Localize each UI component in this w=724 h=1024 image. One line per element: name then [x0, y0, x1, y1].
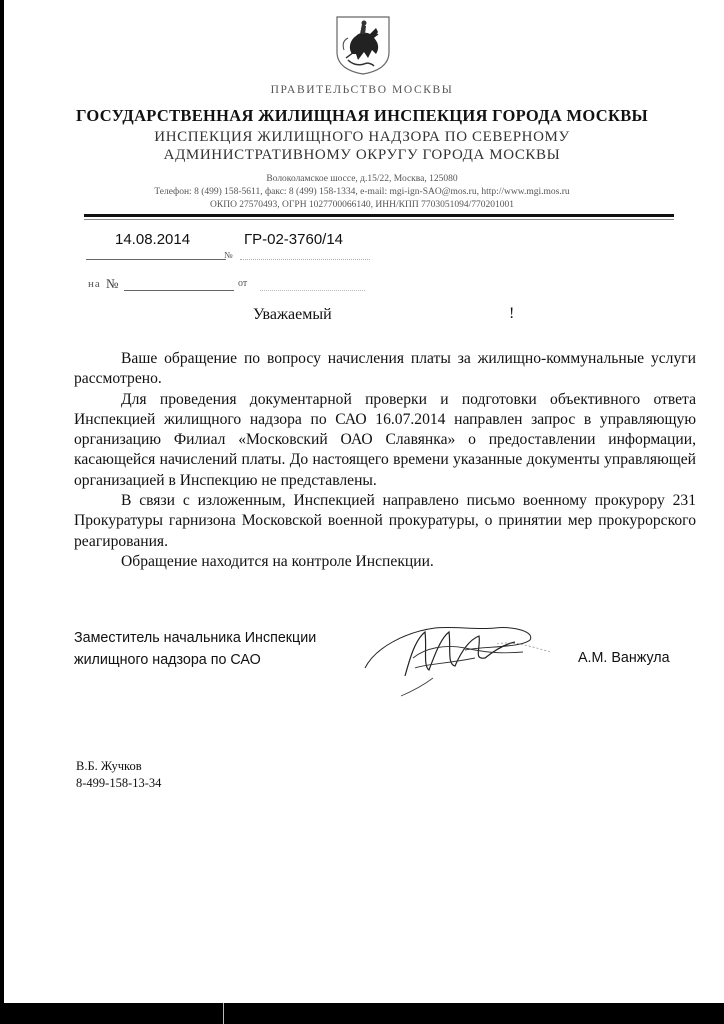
reference-prefix: на — [88, 278, 101, 290]
executor-info: В.Б. Жучков 8-499-158-13-34 — [76, 758, 161, 792]
signatory-title-line1: Заместитель начальника Инспекции — [74, 627, 316, 649]
letterhead-divider-thin — [84, 219, 674, 220]
moscow-coat-of-arms-icon — [334, 14, 392, 76]
letterhead-divider — [84, 214, 674, 217]
letter-body: Ваше обращение по вопросу начисления пла… — [74, 349, 696, 572]
salutation: Уважаемый — [253, 306, 332, 324]
body-paragraph: В связи с изложенным, Инспекцией направл… — [74, 491, 696, 552]
number-underline — [240, 259, 370, 260]
document-number: ГР-02-3760/14 — [244, 231, 343, 248]
reference-number-sign: № — [106, 276, 118, 292]
scan-bottom-edge — [0, 1003, 724, 1024]
body-paragraph: Для проведения документарной проверки и … — [74, 390, 696, 491]
executor-phone: 8-499-158-13-34 — [76, 775, 161, 792]
government-name: ПРАВИТЕЛЬСТВО МОСКВЫ — [0, 84, 724, 96]
organization-address: Волоколамское шоссе, д.15/22, Москва, 12… — [0, 174, 724, 184]
document-date: 14.08.2014 — [115, 231, 190, 248]
salutation-exclamation: ! — [509, 305, 514, 323]
body-paragraph: Обращение находится на контроле Инспекци… — [74, 552, 696, 572]
signatory-title: Заместитель начальника Инспекции жилищно… — [74, 627, 316, 671]
organization-contacts: Телефон: 8 (499) 158-5611, факс: 8 (499)… — [0, 187, 724, 197]
division-name-line2: АДМИНИСТРАТИВНОМУ ОКРУГУ ГОРОДА МОСКВЫ — [0, 147, 724, 164]
organization-name: ГОСУДАРСТВЕННАЯ ЖИЛИЩНАЯ ИНСПЕКЦИЯ ГОРОД… — [0, 106, 724, 126]
body-paragraph: Ваше обращение по вопросу начисления пла… — [74, 349, 696, 390]
signatory-name: А.М. Ванжула — [578, 650, 670, 666]
organization-codes: ОКПО 27570493, ОГРН 1027700066140, ИНН/К… — [0, 200, 724, 210]
reference-date-blank — [260, 290, 365, 291]
number-sign: № — [224, 250, 233, 260]
scan-bottom-seam — [223, 1003, 224, 1024]
reference-from-label: от — [238, 278, 247, 289]
reference-number-blank — [124, 290, 234, 291]
division-name-line1: ИНСПЕКЦИЯ ЖИЛИЩНОГО НАДЗОРА ПО СЕВЕРНОМУ — [0, 129, 724, 146]
executor-name: В.Б. Жучков — [76, 758, 161, 775]
date-underline — [86, 259, 226, 260]
signatory-title-line2: жилищного надзора по САО — [74, 649, 316, 671]
handwritten-signature-icon — [355, 618, 575, 698]
